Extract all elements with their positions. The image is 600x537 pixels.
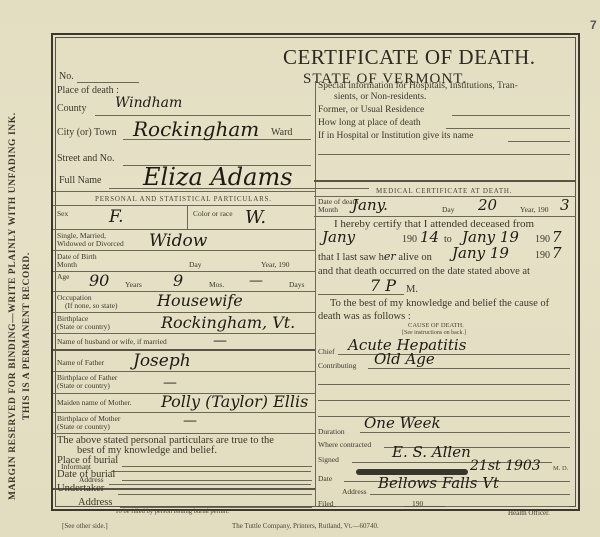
hospital-line[interactable] (508, 141, 570, 142)
filed-label: Filed (318, 500, 333, 508)
how-long-label: How long at place of death (318, 118, 421, 128)
dod-month-label: Month (318, 206, 338, 214)
duration-field-line[interactable] (360, 432, 570, 433)
last-saw-pronoun: er (384, 250, 396, 263)
no-field-line[interactable] (77, 82, 139, 83)
row-rule (314, 216, 576, 217)
birthplace-label-2: (State or country) (57, 323, 110, 331)
father-label: Name of Father (57, 359, 104, 367)
age-months-value: 9 (173, 271, 183, 290)
from-year-value: 14 (420, 228, 439, 246)
dod-year-value: 3 (560, 196, 570, 214)
how-long-line[interactable] (446, 128, 570, 129)
date-label: Date (318, 475, 332, 483)
page-number: 7 (590, 18, 597, 32)
section-rule (314, 180, 576, 182)
no-label: No. (59, 71, 74, 82)
informant-field-line[interactable] (111, 471, 311, 472)
personal-particulars-header: PERSONAL AND STATISTICAL PARTICULARS. (95, 195, 272, 203)
mos-label: Mos. (209, 281, 224, 289)
sex-value: F. (109, 207, 124, 227)
see-other-side: [See other side.] (62, 522, 108, 530)
blank-line[interactable] (318, 384, 570, 385)
address-label: Address (342, 488, 367, 496)
burial-place-line[interactable] (122, 466, 312, 467)
last-saw-prefix-text: that I last saw h (318, 252, 384, 263)
health-officer-label: Health Officer. (508, 509, 550, 517)
street-label: Street and No. (57, 153, 115, 164)
contributing-cause-value: Old Age (374, 350, 435, 368)
burial-permit-note: To be filled by person issuing burial pe… (115, 508, 229, 515)
filed-year-label: 190 (412, 500, 423, 508)
date-value: 21st 1903 (470, 458, 541, 474)
sex-color-divider (187, 205, 188, 229)
undertaker-address-label: Address (78, 497, 112, 508)
town-label: City (or) Town (57, 127, 117, 138)
certificate-title: CERTIFICATE OF DEATH. (283, 45, 536, 70)
mother-value: Polly (Taylor) Ellis (161, 392, 308, 411)
marital-label-2: Widowed or Divorced (57, 240, 124, 248)
former-residence-line[interactable] (452, 115, 570, 116)
section-rule (53, 191, 315, 192)
to-year-label: 190 (535, 234, 550, 245)
age-label: Age (57, 273, 70, 281)
hospital-line-2[interactable] (318, 154, 570, 155)
row-rule (53, 229, 315, 230)
special-info-line-2: sients, or Non-residents. (334, 92, 426, 102)
mother-birthplace-label-2: (State or country) (57, 423, 110, 431)
dod-day-value: 20 (478, 196, 497, 214)
county-label: County (57, 103, 86, 114)
hospital-label: If in Hospital or Institution give its n… (318, 131, 473, 141)
row-rule (53, 250, 315, 251)
burial-date-label: Date of burial (57, 469, 115, 480)
full-name-value: Eliza Adams (143, 163, 293, 191)
town-value: Rockingham (133, 117, 259, 141)
death-occurred-text: and that death occurred on the date stat… (318, 266, 530, 277)
dob-month-label: Month (57, 261, 77, 269)
spouse-label: Name of husband or wife, if married (57, 338, 167, 346)
contributing-field-line[interactable] (368, 368, 570, 369)
row-rule (53, 433, 315, 434)
occupation-label-2: (If none, so state) (65, 302, 117, 310)
blank-line[interactable] (318, 400, 570, 401)
county-value: Windham (115, 95, 182, 111)
county-field-line[interactable] (95, 115, 311, 116)
days-label: Days (289, 281, 304, 289)
last-saw-prefix: that I last saw her alive on (318, 250, 432, 263)
filed-field-line[interactable] (336, 506, 404, 507)
undertaker-line[interactable] (118, 494, 312, 495)
from-year-label: 190 (402, 234, 417, 245)
father-birthplace-label-2: (State or country) (57, 382, 110, 390)
belief-line-2: death was as follows : (318, 311, 411, 322)
chief-label: Chief (318, 348, 335, 356)
dob-year-label: Year, 190 (261, 261, 290, 269)
health-officer-line[interactable] (445, 506, 570, 507)
last-saw-date-value: Jany 19 (452, 244, 509, 262)
belief-line-1: To the best of my knowledge and belief t… (330, 298, 549, 309)
marital-value: Widow (149, 231, 207, 251)
dob-day-label: Day (189, 261, 202, 269)
last-saw-suffix-text: alive on (396, 252, 432, 263)
dod-year-label: Year, 190 (520, 206, 549, 214)
where-contracted-label: Where contracted (318, 441, 371, 449)
place-of-death-label: Place of death : (57, 85, 119, 96)
blank-line[interactable] (318, 416, 570, 417)
attended-from-value: Jany (322, 228, 355, 246)
duration-label: Duration (318, 428, 345, 436)
to-label: to (444, 234, 452, 245)
address-value: Bellows Falls Vt (378, 474, 499, 492)
special-info-line-1: Special information for Hospitals, Insti… (318, 81, 518, 91)
printer-imprint: The Tuttle Company, Printers, Rutland, V… (232, 522, 379, 530)
signed-label: Signed (318, 456, 339, 464)
chief-field-line[interactable] (338, 354, 570, 355)
row-rule (53, 205, 315, 206)
last-saw-year-label: 190 (535, 250, 550, 261)
time-value: 7 P (370, 276, 396, 295)
signed-value: E. S. Allen (392, 443, 471, 461)
undertaker-label: Undertaker (57, 483, 104, 494)
mother-birthplace-value: — (183, 413, 197, 429)
md-label: M. D. (553, 465, 568, 472)
color-label: Color or race (193, 210, 233, 218)
row-rule (53, 371, 315, 372)
address-field-line[interactable] (370, 494, 570, 495)
father-birthplace-value: — (163, 375, 177, 391)
margin-binding-notice: MARGIN RESERVED FOR BINDING—WRITE PLAINL… (8, 112, 18, 500)
birthplace-value: Rockingham, Vt. (161, 313, 295, 332)
full-name-label: Full Name (59, 175, 102, 186)
former-residence-label: Former, or Usual Residence (318, 105, 424, 115)
burial-date-line[interactable] (122, 480, 312, 481)
medical-certificate-header: MEDICAL CERTIFICATE AT DEATH. (376, 187, 512, 195)
row-rule (53, 333, 315, 334)
column-divider (315, 81, 316, 507)
spouse-value: — (213, 333, 227, 349)
age-days-value: — (249, 273, 263, 289)
cause-header: CAUSE OF DEATH. (408, 322, 464, 329)
color-value: W. (245, 207, 266, 228)
dod-month-value: Jany. (352, 196, 388, 214)
ward-label: Ward (271, 127, 292, 138)
sex-label: Sex (57, 210, 68, 218)
age-years-value: 90 (89, 271, 109, 290)
dod-day-label: Day (442, 206, 455, 214)
last-saw-year-value: 7 (552, 244, 562, 262)
informant-address-line[interactable] (109, 484, 311, 485)
duration-value: One Week (364, 414, 441, 432)
mother-label: Maiden name of Mother. (57, 399, 132, 407)
occupation-value: Housewife (157, 291, 243, 310)
margin-permanent-record: THIS IS A PERMANENT RECORD. (22, 252, 32, 420)
father-value: Joseph (133, 351, 191, 371)
time-suffix: M. (406, 284, 418, 295)
contributing-label: Contributing (318, 362, 356, 370)
burial-place-label: Place of burial (57, 455, 118, 466)
years-label: Years (125, 281, 142, 289)
death-certificate-page: 7 MARGIN RESERVED FOR BINDING—WRITE PLAI… (0, 0, 600, 537)
